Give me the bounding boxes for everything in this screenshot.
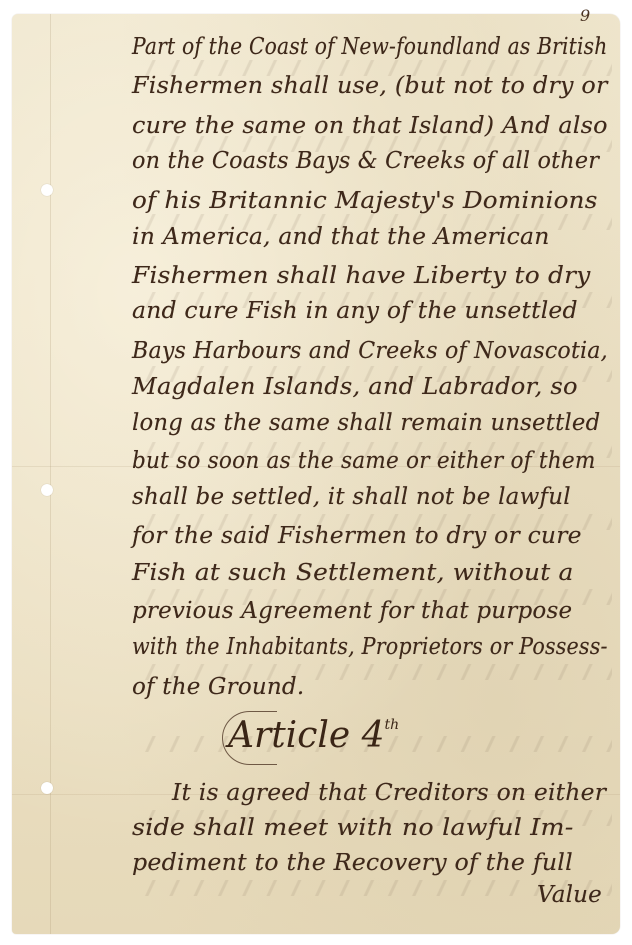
manuscript-line: previous Agreement for that purpose [132, 600, 572, 623]
manuscript-line: of his Britannic Majesty's Dominions [132, 190, 598, 213]
manuscript-line: pediment to the Recovery of the full [132, 852, 573, 875]
article-heading-suffix: th [385, 717, 400, 733]
manuscript-line: but so soon as the same or either of the… [132, 450, 596, 473]
manuscript-line: It is agreed that Creditors on either [172, 782, 606, 805]
manuscript-line: Fishermen shall have Liberty to dry [132, 265, 590, 288]
punch-hole-top [41, 184, 53, 196]
page-number: 9 [580, 6, 590, 25]
article-heading: Article 4th [228, 715, 399, 756]
manuscript-line: long as the same shall remain unsettled [132, 412, 600, 435]
manuscript-line: and cure Fish in any of the unsettled [132, 300, 578, 323]
manuscript-line: cure the same on that Island) And also [132, 115, 608, 138]
manuscript-line: for the said Fishermen to dry or cure [132, 525, 582, 548]
manuscript-line: of the Ground. [132, 676, 304, 699]
manuscript-line: side shall meet with no lawful Im- [132, 817, 573, 840]
manuscript-line: Fishermen shall use, (but not to dry or [132, 75, 608, 98]
capital-flourish [222, 711, 277, 765]
manuscript-line: on the Coasts Bays & Creeks of all other [132, 150, 599, 173]
fold-line-vertical [50, 14, 51, 934]
manuscript-line: Fish at such Settlement, without a [132, 562, 574, 585]
punch-hole-bottom [41, 782, 53, 794]
manuscript-line: in America, and that the American [132, 226, 550, 249]
manuscript-line: shall be settled, it shall not be lawful [132, 486, 571, 509]
manuscript-line: with the Inhabitants, Proprietors or Pos… [132, 636, 608, 659]
punch-hole-middle [41, 484, 53, 496]
manuscript-line: Value [537, 884, 602, 907]
manuscript-line: Bays Harbours and Creeks of Novascotia, [132, 340, 608, 363]
manuscript-line: Part of the Coast of New-foundland as Br… [132, 36, 607, 59]
manuscript-line: Magdalen Islands, and Labrador, so [132, 376, 578, 399]
